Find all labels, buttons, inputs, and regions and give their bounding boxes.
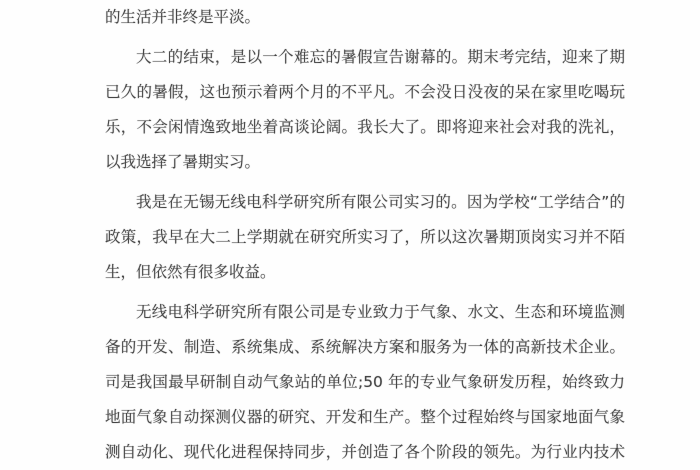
text-line: 生，但依然有很多收益。 bbox=[105, 255, 625, 290]
text-line: 测自动化、现代化进程保持同步，并创造了各个阶段的领先。为行业内技术领 bbox=[105, 435, 625, 470]
paragraph: 的生活并非终是平淡。 bbox=[105, 0, 625, 35]
text-line: 大二的结束，是以一个难忘的暑假宣告谢幕的。期末考完结，迎来了期盼 bbox=[105, 40, 625, 75]
document-text-block: 的生活并非终是平淡。大二的结束，是以一个难忘的暑假宣告谢幕的。期末考完结，迎来了… bbox=[105, 0, 625, 470]
text-line: 乐，不会闲情逸致地坐着高谈论阔。我长大了。即将迎来社会对我的洗礼，所 bbox=[105, 110, 625, 145]
text-line: 无线电科学研究所有限公司是专业致力于气象、水文、生态和环境监测设 bbox=[105, 295, 625, 330]
text-line: 我是在无锡无线电科学研究所有限公司实习的。因为学校“工学结合”的 bbox=[105, 185, 625, 220]
text-line: 司是我国最早研制自动气象站的单位;50 年的专业气象研发历程，始终致力于 bbox=[105, 365, 625, 400]
paragraph: 无线电科学研究所有限公司是专业致力于气象、水文、生态和环境监测设备的开发、制造、… bbox=[105, 295, 625, 470]
text-line: 的生活并非终是平淡。 bbox=[105, 0, 625, 35]
paragraph: 我是在无锡无线电科学研究所有限公司实习的。因为学校“工学结合”的政策，我早在大二… bbox=[105, 185, 625, 290]
text-line: 备的开发、制造、系统集成、系统解决方案和服务为一体的高新技术企业。公 bbox=[105, 330, 625, 365]
text-line: 已久的暑假，这也预示着两个月的不平凡。不会没日没夜的呆在家里吃喝玩 bbox=[105, 75, 625, 110]
paragraph: 大二的结束，是以一个难忘的暑假宣告谢幕的。期末考完结，迎来了期盼已久的暑假，这也… bbox=[105, 40, 625, 180]
text-line: 政策，我早在大二上学期就在研究所实习了，所以这次暑期顶岗实习并不陌 bbox=[105, 220, 625, 255]
text-line: 以我选择了暑期实习。 bbox=[105, 145, 625, 180]
document-page: 的生活并非终是平淡。大二的结束，是以一个难忘的暑假宣告谢幕的。期末考完结，迎来了… bbox=[0, 0, 700, 470]
text-line: 地面气象自动探测仪器的研究、开发和生产。整个过程始终与国家地面气象观 bbox=[105, 400, 625, 435]
